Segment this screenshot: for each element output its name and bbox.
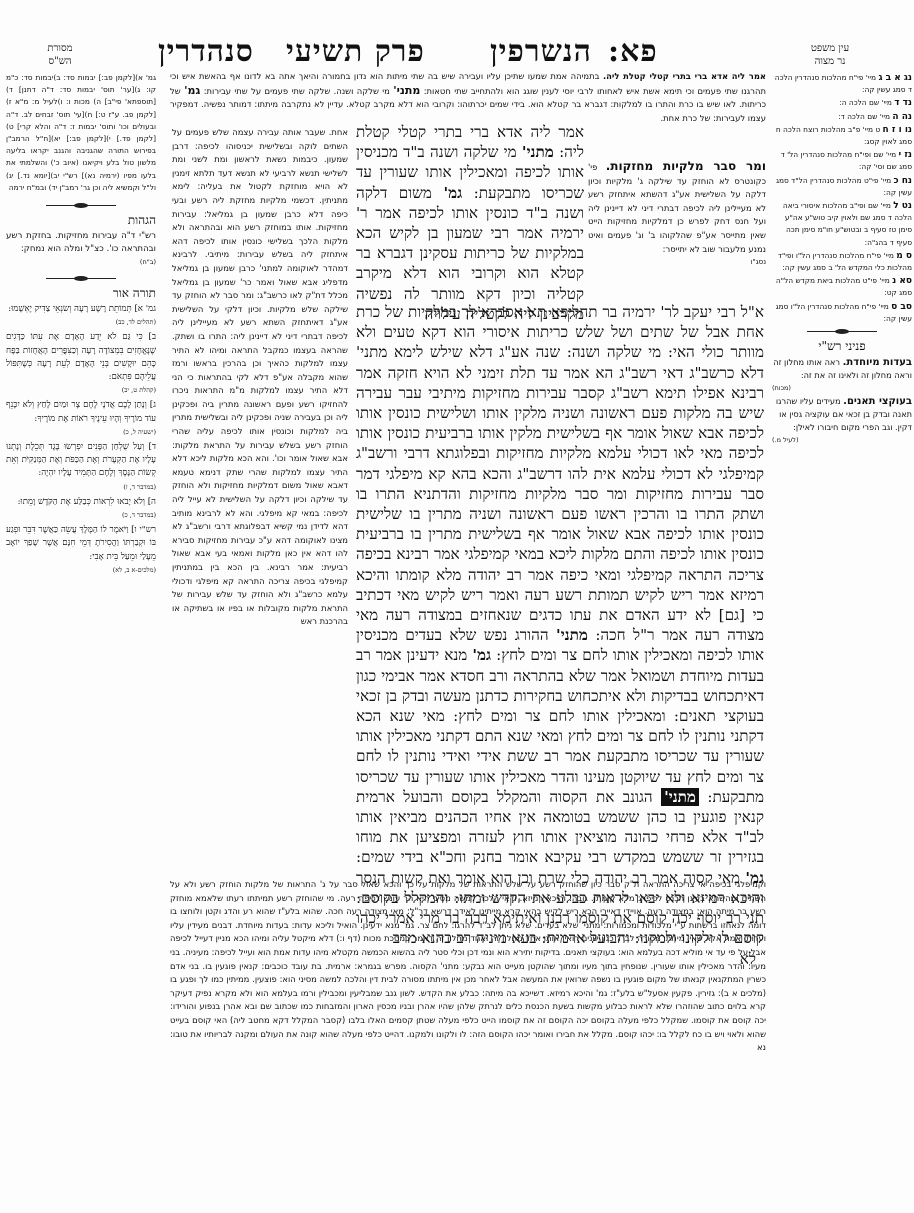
torah-or-list: גמ' א] תְּמוֹתֵת רָשָׁע רָעָה וְשׂנְאֵי … xyxy=(6,303,156,577)
ein-mishpat-entry: נו ו ז ח ט מיי' פ"ב מהלכות רוצח הלכה ח ס… xyxy=(772,124,912,148)
rashi-source: נסג"ו xyxy=(588,256,766,270)
ein-mishpat-entry: נז י מיי' שם ופי"ח מהלכות סנהדרין הל' ד … xyxy=(772,149,912,173)
ornament-divider xyxy=(6,273,156,283)
masoret-hashas-column: גמ' א)[לקמן פב:] יבמות סד: ב)יבמות סד: כ… xyxy=(6,72,156,579)
ein-mishpat-entry: נה ה מיי' שם הלכה ד: xyxy=(772,111,912,123)
ein-mishpat-mark: נח כ xyxy=(894,176,913,186)
torah-or-verse: ד] וְעַל שֻׁלְחַן הַפָּנִים יִפְרְשׂוּ ב… xyxy=(6,441,156,494)
tosafot-dibbur-hamatchil: אמר ליה אדא ברי בתרי קטלי קטלת ליה. xyxy=(603,71,766,81)
tosafot-top: אמר ליה אדא ברי בתרי קטלי קטלת ליה. בתמי… xyxy=(170,70,766,125)
gemara-text-main: א"ל רבי יעקב לר' ירמיה בר תחליפא תא אסבר… xyxy=(356,302,764,969)
daf-number: פא: xyxy=(608,36,658,68)
ein-mishpat-mark: סא נ xyxy=(892,276,912,286)
ein-mishpat-entry: נד ד מיי' שם הלכה ה: xyxy=(772,97,912,109)
ein-mishpat-entry: נט ל מיי' שם ופי"ב מהלכות איסורי ביאה הל… xyxy=(772,200,912,249)
torah-or-verse: גמ' א] תְּמוֹתֵת רָשָׁע רָעָה וְשׂנְאֵי … xyxy=(6,303,156,329)
rashi-dibbur-hamatchil: ומר סבר מלקיות מחזקות. xyxy=(606,159,766,173)
ein-mishpat-entry: ס מ מיי' פי"ח מהלכות סנהדרין הל"ו ופי"ד … xyxy=(772,250,912,274)
chapter-number: פרק תשיעי xyxy=(286,36,425,68)
ein-mishpat-mark: נג א ב ג xyxy=(878,73,912,83)
ein-mishpat-mark: נד ד xyxy=(894,98,912,108)
ornament-divider xyxy=(6,200,156,210)
ein-mishpat-mark: נה ה xyxy=(892,112,912,122)
ein-mishpat-column: נג א ב ג מיי' פי"ח מהלכות סנהדרין הלכה ד… xyxy=(772,72,912,447)
gemara-text-top: אמר ליה אדא ברי בתרי קטלי קטלת ליה: מתני… xyxy=(356,122,584,324)
ein-mishpat-mark: ס מ xyxy=(896,251,912,261)
torah-or-verse: רש"י ו] וַיֹּאמֶר לוֹ הַמֶּלֶךְ עֲשֵׂה כ… xyxy=(6,524,156,577)
mishna-heading: מתני' xyxy=(522,143,554,161)
torah-or-verse: ה] וְלֹא יָבֹאוּ לִרְאוֹת כְּבַלַּע אֶת … xyxy=(6,496,156,522)
pnei-rashi-entry: בעוקצי תאנים. מעידים עליו שהרגו תאנה ובד… xyxy=(772,395,912,447)
ein-mishpat-entry: סא נ מיי' פי"ט מהלכות ביאת מקדש הל"ה סמג… xyxy=(772,275,912,299)
ein-mishpat-mark: סב ס xyxy=(891,302,912,312)
masoret-hashas-label: מסורת הש"ס xyxy=(30,42,90,68)
rashi-catchword: נא xyxy=(170,1041,766,1055)
tractate-title: סנהדרין xyxy=(158,36,254,68)
mishna-heading-2: מתני' xyxy=(556,626,588,644)
mishna-marker: מתני' xyxy=(393,84,420,97)
ein-mishpat-label: עין משפט נר מצוה xyxy=(800,42,860,68)
mishna-heading-boxed: מתני' xyxy=(661,788,699,806)
ein-mishpat-entry: נח כ מיי' פי"ט מהלכות סנהדרין הל"ד סמג ע… xyxy=(772,175,912,199)
rashi-commentary: ומר סבר מלקיות מחזקות. פי' כקונטרס לא הו… xyxy=(588,160,766,270)
ein-mishpat-entry: נג א ב ג מיי' פי"ח מהלכות סנהדרין הלכה ד… xyxy=(772,72,912,96)
hagahot-title: הגהות xyxy=(6,212,156,228)
hagahot-text: רש"י ד"ה עבירות מחזיקות. בחזקת רשע ובהתר… xyxy=(6,230,156,269)
torah-or-title: תורה אור xyxy=(6,285,156,301)
tosafot-column: אחת. שעבר אותה עבירה עצמה שלש פעמים על ה… xyxy=(172,126,348,629)
ein-mishpat-mark: נז י xyxy=(899,150,912,160)
gemara-heading: גמ' xyxy=(443,184,462,202)
ein-mishpat-entry: סב ס מיי' פי"ח מהלכות סנהדרין הל"ו סמג ע… xyxy=(772,301,912,325)
ein-mishpat-mark: נט ל xyxy=(893,201,912,211)
ein-mishpat-list: נג א ב ג מיי' פי"ח מהלכות סנהדרין הלכה ד… xyxy=(772,72,912,325)
ein-mishpat-mark: נו ו ז ח xyxy=(883,125,912,135)
gemara-marker: גמ' xyxy=(184,84,200,97)
pnei-rashi-title: פניני רש"י xyxy=(772,338,912,354)
rashi-bottom: וקמיפלגי בכיפה אי צריכה התראה ת"ק סבר כי… xyxy=(170,878,766,1055)
torah-or-verse: ב] כִּי גַּם לֹא יֵדַע הָאָדָם אֶת עִתּו… xyxy=(6,331,156,397)
chapter-name: הנשרפין xyxy=(490,36,592,68)
torah-or-verse: ג] וְנָתַן לָכֶם אֲדֹנָי לֶחֶם צָר וּמַי… xyxy=(6,399,156,439)
pnei-rashi-entry: בעדות מיוחדת. ראה אותו מחלון זה וראה מחל… xyxy=(772,356,912,395)
gemara-heading-2: גמ' xyxy=(472,646,491,664)
ornament-divider xyxy=(772,326,912,336)
pnei-rashi-list: בעדות מיוחדת. ראה אותו מחלון זה וראה מחל… xyxy=(772,356,912,447)
